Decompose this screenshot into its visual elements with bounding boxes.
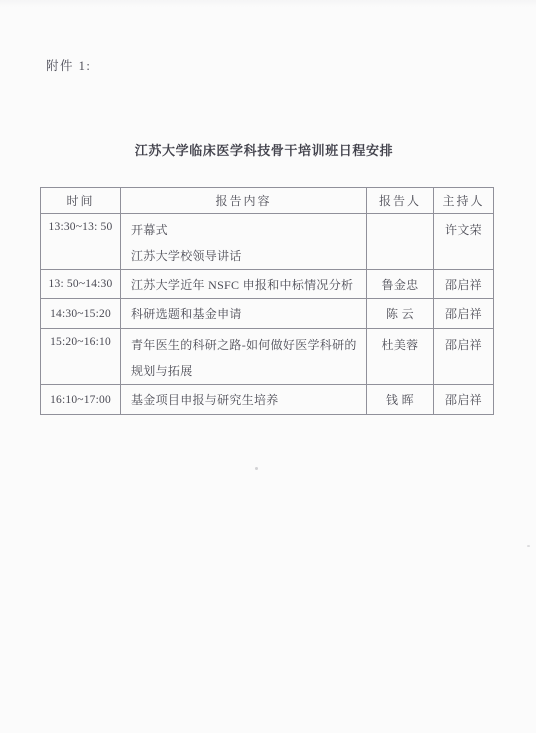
- cell-content: 开幕式 江苏大学校领导讲话: [121, 214, 367, 270]
- content-line: 科研选题和基金申请: [131, 305, 366, 322]
- cell-reporter: 陈 云: [367, 299, 434, 329]
- header-reporter: 报告人: [367, 188, 434, 214]
- cell-reporter: 鲁金忠: [367, 270, 434, 299]
- table-header-row: 时间 报告内容 报告人 主持人: [41, 188, 494, 214]
- header-host: 主持人: [434, 188, 494, 214]
- cell-time: 14:30~15:20: [41, 299, 121, 329]
- table-row: 13:30~13: 50 开幕式 江苏大学校领导讲话 许文荣: [41, 214, 494, 270]
- table-row: 14:30~15:20 科研选题和基金申请 陈 云 邵启祥: [41, 299, 494, 329]
- header-content: 报告内容: [121, 188, 367, 214]
- table-row: 16:10~17:00 基金项目申报与研究生培养 钱 晖 邵启祥: [41, 385, 494, 415]
- document-title: 江苏大学临床医学科技骨干培训班日程安排: [4, 140, 524, 159]
- table-row: 15:20~16:10 青年医生的科研之路-如何做好医学科研的 规划与拓展 杜美…: [41, 329, 494, 385]
- content-line: 基金项目申报与研究生培养: [131, 391, 366, 408]
- cell-reporter: 钱 晖: [367, 385, 434, 415]
- cell-content: 科研选题和基金申请: [121, 299, 367, 329]
- cell-content: 基金项目申报与研究生培养: [121, 385, 367, 415]
- cell-host: 邵启祥: [434, 329, 494, 385]
- scanned-document-page: 附件 1: 江苏大学临床医学科技骨干培训班日程安排 时间 报告内容 报告人 主持…: [0, 0, 536, 733]
- attachment-label: 附件 1:: [46, 56, 91, 74]
- cell-time: 16:10~17:00: [41, 385, 121, 415]
- cell-time: 13:30~13: 50: [41, 214, 121, 270]
- cell-content: 江苏大学近年 NSFC 申报和中标情况分析: [121, 270, 367, 299]
- cell-host: 许文荣: [434, 214, 494, 270]
- cell-host: 邵启祥: [434, 270, 494, 299]
- cell-time: 15:20~16:10: [41, 329, 121, 385]
- header-time: 时间: [41, 188, 121, 214]
- scan-speck: [255, 467, 258, 470]
- schedule-table: 时间 报告内容 报告人 主持人 13:30~13: 50 开幕式 江苏大学校领导…: [40, 187, 494, 415]
- content-line: 规划与拓展: [131, 358, 366, 384]
- cell-content: 青年医生的科研之路-如何做好医学科研的 规划与拓展: [121, 329, 367, 385]
- content-line: 开幕式: [131, 217, 366, 243]
- table-row: 13: 50~14:30 江苏大学近年 NSFC 申报和中标情况分析 鲁金忠 邵…: [41, 270, 494, 299]
- cell-reporter: [367, 214, 434, 270]
- cell-reporter: 杜美蓉: [367, 329, 434, 385]
- cell-host: 邵启祥: [434, 385, 494, 415]
- cell-host: 邵启祥: [434, 299, 494, 329]
- cell-time: 13: 50~14:30: [41, 270, 121, 299]
- content-line: 青年医生的科研之路-如何做好医学科研的: [131, 332, 366, 358]
- content-line: 江苏大学近年 NSFC 申报和中标情况分析: [131, 276, 366, 293]
- scan-speck: [527, 545, 530, 547]
- content-line: 江苏大学校领导讲话: [131, 243, 366, 269]
